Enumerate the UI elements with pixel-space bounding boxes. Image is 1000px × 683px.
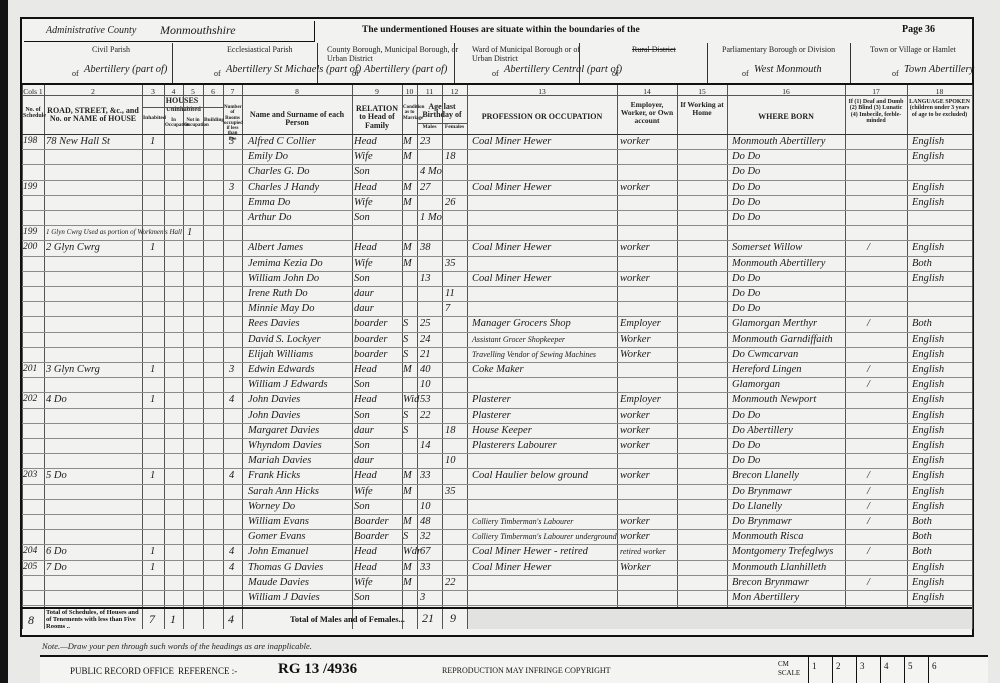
cell-age-m: 10 (420, 378, 431, 391)
cell-born: Do Do (732, 454, 760, 467)
heading-divider (850, 43, 851, 83)
cell-schedule: 200 (23, 241, 37, 254)
header-relation: RELATION to Head of Family (353, 105, 401, 130)
cell-schedule: 201 (23, 363, 37, 376)
cell-age-m: 48 (420, 515, 431, 528)
cell-relation: Boarder (354, 515, 389, 528)
column-number: 6 (203, 87, 223, 96)
cell-relation: Wife (354, 576, 373, 589)
cell-occupation: Plasterer (472, 393, 511, 406)
cell-born: Brecon Llanelly (732, 469, 799, 482)
cell-infirmity: / (867, 500, 870, 513)
cell-language: English (912, 181, 944, 194)
cell-age-m: 33 (420, 561, 431, 574)
cell-born: Monmouth Abertillery (732, 135, 825, 148)
column-number: 4 (164, 87, 183, 96)
cell-born: Glamorgan Merthyr (732, 317, 817, 330)
table-row: Charles G. DoSon4 MoDo Do (22, 164, 972, 179)
cell-employment: worker (620, 181, 650, 194)
field-value-0: Abertillery (part of) (84, 64, 167, 75)
cell-name: William John Do (248, 272, 319, 285)
cell-employment: retired worker (620, 545, 666, 558)
header-at-home: If Working at Home (678, 101, 726, 117)
cell-condition: M (403, 561, 412, 574)
total-inhabited: 7 (149, 612, 155, 627)
total-persons-label: Total of Males and of Females... (290, 614, 405, 624)
header-employer: Employer, Worker, or Own account (618, 101, 676, 125)
column-number: 5 (183, 87, 203, 96)
totals-shaded-area (468, 609, 972, 629)
cell-born: Mon Abertillery (732, 591, 799, 604)
cell-born: Do Do (732, 287, 760, 300)
cell-age-f: 26 (445, 196, 456, 209)
cell-born: Brecon Brynmawr (732, 576, 809, 589)
cell-relation: Boarder (354, 530, 389, 543)
cell-name: William J Davies (248, 591, 320, 604)
admin-county-box: Administrative County Monmouthshire (24, 21, 315, 42)
office-label: PUBLIC RECORD OFFICE (70, 666, 174, 676)
cell-condition: M (403, 515, 412, 528)
cell-born: Somerset Willow (732, 241, 802, 254)
cell-relation: Wife (354, 485, 373, 498)
header-born: WHERE BORN (728, 113, 844, 121)
table-row: David S. LockyerboarderS24Assistant Groc… (22, 332, 972, 347)
cell-born: Monmouth Garndiffaith (732, 333, 833, 346)
column-number: 13 (467, 87, 617, 96)
table-row: William EvansBoarderM48Colliery Timberma… (22, 514, 972, 529)
field-label-2: County Borough, Municipal Borough, or Ur… (327, 45, 467, 63)
cell-age-m: 14 (420, 439, 431, 452)
field-value-5: West Monmouth (754, 64, 822, 75)
cell-schedule: 204 (23, 545, 37, 558)
cell-address: 4 Do (46, 393, 67, 406)
cell-age-m: 22 (420, 409, 431, 422)
cell-name: Edwin Edwards (248, 363, 314, 376)
cell-condition: S (403, 424, 408, 437)
cell-address: 5 Do (46, 469, 67, 482)
cell-born: Monmouth Risca (732, 530, 803, 543)
cell-condition: Wid (403, 393, 419, 406)
cell-name: Worney Do (248, 500, 295, 513)
cell-language: English (912, 409, 944, 422)
field-prefix-4: of (612, 69, 619, 78)
total-females: 9 (450, 611, 456, 626)
total-schedules: 8 (28, 613, 34, 628)
cell-name: Maude Davies (248, 576, 309, 589)
cell-occupation: Coal Miner Hewer (472, 272, 551, 285)
field-prefix-1: of (214, 69, 221, 78)
cell-schedule: 199 (23, 181, 37, 194)
cell-name: John Davies (248, 393, 300, 406)
cell-inhabited: 1 (150, 241, 155, 254)
cell-language: Both (912, 545, 932, 558)
scale-mark: 3 (856, 657, 880, 683)
cell-condition: S (403, 348, 408, 361)
cell-rooms: 3 (229, 181, 234, 194)
header-infirmity: If (1) Deaf and Dumb (2) Blind (3) Lunat… (846, 99, 906, 124)
cell-age-f: 18 (445, 424, 456, 437)
cell-age-m: 23 (420, 135, 431, 148)
cell-age-m: 33 (420, 469, 431, 482)
header-females: Females (443, 125, 466, 131)
cell-name: William J Edwards (248, 378, 328, 391)
cell-infirmity: / (867, 545, 870, 558)
scale-label: CM SCALE (778, 660, 802, 678)
cell-relation: Wife (354, 150, 373, 163)
reference-label: REFERENCE :- (178, 666, 237, 676)
cell-condition: Wdr (403, 545, 421, 558)
cell-inhabited: 1 (150, 135, 155, 148)
cell-occupation: Plasterers Labourer (472, 439, 557, 452)
column-number: 7 (223, 87, 242, 96)
intro-text: The undermentioned Houses are situate wi… (362, 25, 640, 35)
age-subline (417, 123, 467, 124)
cell-language: English (912, 454, 944, 467)
cell-occupation: Coal Miner Hewer (472, 561, 551, 574)
cell-name: Charles G. Do (248, 165, 310, 178)
total-males: 21 (422, 611, 434, 626)
cell-age-m: 40 (420, 363, 431, 376)
cell-employment: worker (620, 272, 650, 285)
cell-language: Both (912, 515, 932, 528)
field-prefix-3: of (492, 69, 499, 78)
cell-name: Alfred C Collier (248, 135, 316, 148)
table-row: William J EdwardsSon10Glamorgan/English (22, 377, 972, 392)
cell-language: English (912, 439, 944, 452)
table-row: Maude DaviesWifeM22Brecon Brynmawr/Engli… (22, 575, 972, 590)
cell-relation: Head (354, 561, 377, 574)
table-row: 1993Charles J HandyHeadM27Coal Miner Hew… (22, 180, 972, 195)
column-number: 15 (677, 87, 727, 96)
table-row: Emily DoWifeM18Do DoEnglish (22, 149, 972, 164)
cell-address: 78 New Hall St (46, 135, 110, 148)
table-row: Worney DoSon10Do Llanelly/English (22, 499, 972, 514)
field-value-1: Abertillery St Michaels (part of) (226, 64, 361, 75)
cell-born: Do Do (732, 150, 760, 163)
cell-relation: Son (354, 378, 370, 391)
cell-employment: worker (620, 409, 650, 422)
cell-inhabited: 1 (150, 393, 155, 406)
header-males: Males (418, 125, 441, 131)
cell-relation: Head (354, 469, 377, 482)
cell-infirmity: / (867, 378, 870, 391)
table-row: 2013 Glyn Cwrg13Edwin EdwardsHeadM40Coke… (22, 362, 972, 377)
field-prefix-5: of (742, 69, 749, 78)
column-number: 10 (402, 87, 417, 96)
cell-schedule: 203 (23, 469, 37, 482)
heading-divider (707, 43, 708, 83)
cell-relation: Son (354, 439, 370, 452)
cell-uninhabited: 1 (187, 226, 192, 239)
cell-born: Do Do (732, 302, 760, 315)
cell-born: Do Cwmcarvan (732, 348, 798, 361)
cell-age-m: 3 (420, 591, 425, 604)
field-value-3: Abertillery Central (part of) (504, 64, 622, 75)
column-number: 8 (242, 87, 352, 96)
cell-relation: Son (354, 409, 370, 422)
cell-name: David S. Lockyer (248, 333, 321, 346)
cell-infirmity: / (867, 363, 870, 376)
cell-age-f: 11 (445, 287, 455, 300)
column-number: 9 (352, 87, 402, 96)
cell-occupation: Assistant Grocer Shopkeeper (472, 333, 565, 346)
field-value-2: Abertillery (part of) (364, 64, 447, 75)
cell-name: Elijah Williams (248, 348, 313, 361)
cell-condition: M (403, 363, 412, 376)
table-row: Emma DoWifeM26Do DoEnglish (22, 195, 972, 210)
field-prefix-2: of (352, 69, 359, 78)
cell-language: English (912, 500, 944, 513)
cell-occupation: Coal Miner Hewer (472, 241, 551, 254)
cell-address: 2 Glyn Cwrg (46, 241, 100, 254)
cell-language: Both (912, 317, 932, 330)
heading-divider (172, 43, 173, 83)
column-number: 17 (845, 87, 907, 96)
cell-employment: Worker (620, 561, 651, 574)
cell-occupation: Manager Grocers Shop (472, 317, 571, 330)
header-language: LANGUAGE SPOKEN (children under 3 years … (908, 99, 971, 118)
table-row: John DaviesSonS22PlastererworkerDo DoEng… (22, 408, 972, 423)
cell-born: Do Do (732, 211, 760, 224)
cell-language: English (912, 591, 944, 604)
cell-born: Do Do (732, 272, 760, 285)
cell-relation: daur (354, 302, 374, 315)
cell-language: English (912, 272, 944, 285)
cell-address: 3 Glyn Cwrg (46, 363, 100, 376)
cell-condition: S (403, 409, 408, 422)
cell-age-m: 38 (420, 241, 431, 254)
page-label: Page 36 (902, 24, 935, 35)
cell-employment: worker (620, 515, 650, 528)
column-number: 11 (417, 87, 442, 96)
column-number: 2 (44, 87, 142, 96)
cell-occupation: Coal Haulier below ground (472, 469, 588, 482)
row-rule (22, 605, 972, 606)
copyright-notice: REPRODUCTION MAY INFRINGE COPYRIGHT (442, 666, 611, 675)
cell-name: Thomas G Davies (248, 561, 323, 574)
cell-relation: Wife (354, 196, 373, 209)
field-label-6: Town or Village or Hamlet (870, 45, 980, 54)
cell-relation: daur (354, 454, 374, 467)
header-condition: Condition as to Marriage (403, 105, 416, 121)
cell-rooms: 3 (229, 363, 234, 376)
table-row: Arthur DoSon1 MoDo Do (22, 210, 972, 225)
table-row: Mariah Daviesdaur10Do DoEnglish (22, 453, 972, 468)
cell-rooms: 3 (229, 135, 234, 148)
scale-mark: 2 (832, 657, 856, 683)
table-row: 2002 Glyn Cwrg1Albert JamesHeadM38Coal M… (22, 240, 972, 255)
table-row: Rees DaviesboarderS25Manager Grocers Sho… (22, 316, 972, 331)
cell-age-m: 27 (420, 181, 431, 194)
table-row: 1991 Glyn Cwrg Used as portion of Workme… (22, 225, 972, 240)
cell-relation: daur (354, 424, 374, 437)
header-occupation: PROFESSION OR OCCUPATION (468, 113, 616, 121)
cell-name: Margaret Davies (248, 424, 319, 437)
cell-language: English (912, 424, 944, 437)
cell-infirmity: / (867, 241, 870, 254)
cell-employment: worker (620, 424, 650, 437)
cell-employment: worker (620, 241, 650, 254)
column-number: 14 (617, 87, 677, 96)
cell-infirmity: / (867, 317, 870, 330)
archive-footer: PUBLIC RECORD OFFICE REFERENCE :- RG 13 … (40, 655, 988, 683)
cell-relation: Son (354, 591, 370, 604)
cell-relation: Wife (354, 257, 373, 270)
cell-age-f: 7 (445, 302, 450, 315)
cell-inhabited: 1 (150, 363, 155, 376)
cell-language: English (912, 561, 944, 574)
cell-employment: worker (620, 439, 650, 452)
heading-divider (317, 43, 318, 83)
cell-employment: Worker (620, 348, 651, 361)
cell-language: English (912, 135, 944, 148)
census-sheet: Administrative County Monmouthshire The … (20, 17, 974, 637)
cell-relation: Head (354, 363, 377, 376)
table-row: 2057 Do14Thomas G DaviesHeadM33Coal Mine… (22, 560, 972, 575)
cell-age-m: 21 (420, 348, 431, 361)
cell-age-m: 4 Mo (420, 165, 442, 178)
cell-age-m: 10 (420, 500, 431, 513)
cell-age-f: 10 (445, 454, 456, 467)
cell-relation: boarder (354, 317, 387, 330)
cell-condition: S (403, 333, 408, 346)
cell-relation: Head (354, 181, 377, 194)
cell-born: Monmouth Newport (732, 393, 816, 406)
table-row: William J DaviesSon3Mon AbertilleryEngli… (22, 590, 972, 605)
column-number: 12 (442, 87, 467, 96)
cell-age-m: 24 (420, 333, 431, 346)
cell-occupation: Colliery Timberman's Labourer (472, 515, 573, 528)
table-row: 2035 Do14Frank HicksHeadM33Coal Haulier … (22, 468, 972, 483)
cell-language: English (912, 150, 944, 163)
table-row: Margaret DaviesdaurS18House Keeperworker… (22, 423, 972, 438)
cell-name: Minnie May Do (248, 302, 314, 315)
cell-condition: M (403, 576, 412, 589)
cell-relation: Head (354, 393, 377, 406)
cell-language: English (912, 469, 944, 482)
scale-mark: 1 (808, 657, 832, 683)
field-prefix-6: of (892, 69, 899, 78)
cell-name: Emily Do (248, 150, 288, 163)
cell-born: Do Do (732, 181, 760, 194)
cell-language: English (912, 393, 944, 406)
total-schedules-label: Total of Schedules, of Houses and of Ten… (46, 609, 140, 630)
total-rooms: 4 (228, 612, 234, 627)
cell-language: English (912, 363, 944, 376)
cell-infirmity: / (867, 485, 870, 498)
cell-inhabited: 1 (150, 545, 155, 558)
field-prefix-0: of (72, 69, 79, 78)
cell-age-f: 35 (445, 485, 456, 498)
cell-occupation: Coal Miner Hewer (472, 135, 551, 148)
cell-condition: S (403, 317, 408, 330)
cell-relation: Head (354, 241, 377, 254)
cell-rooms: 4 (229, 393, 234, 406)
cell-schedule: 198 (23, 135, 37, 148)
cell-employment: Employer (620, 317, 661, 330)
table-row: Irene Ruth Dodaur11Do Do (22, 286, 972, 301)
cell-age-f: 18 (445, 150, 456, 163)
cell-relation: Son (354, 272, 370, 285)
cell-employment: worker (620, 469, 650, 482)
header-not-in-occupation: Not in Occupation (184, 118, 202, 129)
cell-inhabited: 1 (150, 561, 155, 574)
cell-address: 7 Do (46, 561, 67, 574)
cell-language: English (912, 333, 944, 346)
cell-employment: Worker (620, 333, 651, 346)
instruction-note: Note.—Draw your pen through such words o… (42, 641, 312, 651)
cell-born: Hereford Lingen (732, 363, 802, 376)
table-row: William John DoSon13Coal Miner Hewerwork… (22, 271, 972, 286)
cell-language: English (912, 485, 944, 498)
cell-name: John Emanuel (248, 545, 308, 558)
cell-age-f: 22 (445, 576, 456, 589)
cell-born: Monmouth Llanhilleth (732, 561, 826, 574)
cell-name: Arthur Do (248, 211, 291, 224)
cell-relation: Son (354, 165, 370, 178)
cell-occupation: Coal Miner Hewer (472, 181, 551, 194)
cell-condition: M (403, 150, 412, 163)
cell-born: Glamorgan (732, 378, 780, 391)
cell-address: 6 Do (46, 545, 67, 558)
cell-infirmity: / (867, 469, 870, 482)
cell-employment: Employer (620, 393, 661, 406)
admin-county-value: Monmouthshire (160, 23, 236, 38)
cell-rooms: 4 (229, 561, 234, 574)
header-inhabited: Inhabited (143, 116, 163, 122)
cell-rooms: 4 (229, 469, 234, 482)
column-number: 16 (727, 87, 845, 96)
cell-relation: daur (354, 287, 374, 300)
cell-name: Charles J Handy (248, 181, 319, 194)
table-row: Jemima Kezia DoWifeM35Monmouth Abertille… (22, 256, 972, 271)
houses-subline (142, 107, 223, 108)
field-label-5: Parliamentary Borough or Division (722, 45, 862, 54)
cell-name: Rees Davies (248, 317, 300, 330)
table-row: Gomer EvansBoarderS32Colliery Timberman'… (22, 529, 972, 544)
reference-number: RG 13 /4936 (278, 661, 357, 678)
cell-relation: Head (354, 545, 377, 558)
cell-name: Mariah Davies (248, 454, 311, 467)
header-houses: HOUSES (143, 97, 221, 105)
column-number: 3 (142, 87, 164, 96)
cell-relation: Son (354, 500, 370, 513)
column-number: 18 (907, 87, 972, 96)
cell-born: Montgomery Trefeglwys (732, 545, 833, 558)
cell-age-f: 35 (445, 257, 456, 270)
scan-edge (0, 0, 8, 683)
cell-condition: S (403, 530, 408, 543)
scale-mark: 5 (904, 657, 928, 683)
cell-age-m: 67 (420, 545, 431, 558)
cell-language: English (912, 576, 944, 589)
field-label-0: Civil Parish (92, 45, 232, 54)
cell-inhabited: 1 (150, 469, 155, 482)
page-number: 36 (925, 24, 935, 35)
table-row: Whyndom DaviesSon14Plasterers Labourerwo… (22, 438, 972, 453)
cell-age-m: 53 (420, 393, 431, 406)
cell-schedule: 202 (23, 393, 37, 406)
cell-infirmity: / (867, 515, 870, 528)
cell-occupation: Plasterer (472, 409, 511, 422)
cell-name: Emma Do (248, 196, 290, 209)
cell-age-m: 1 Mo (420, 211, 442, 224)
cell-born: Do Llanelly (732, 500, 782, 513)
table-row: 2046 Do14John EmanuelHeadWdr67Coal Miner… (22, 544, 972, 559)
heading-divider (579, 43, 580, 83)
cell-occupation: Travelling Vendor of Sewing Machines (472, 348, 596, 361)
cell-language: English (912, 378, 944, 391)
